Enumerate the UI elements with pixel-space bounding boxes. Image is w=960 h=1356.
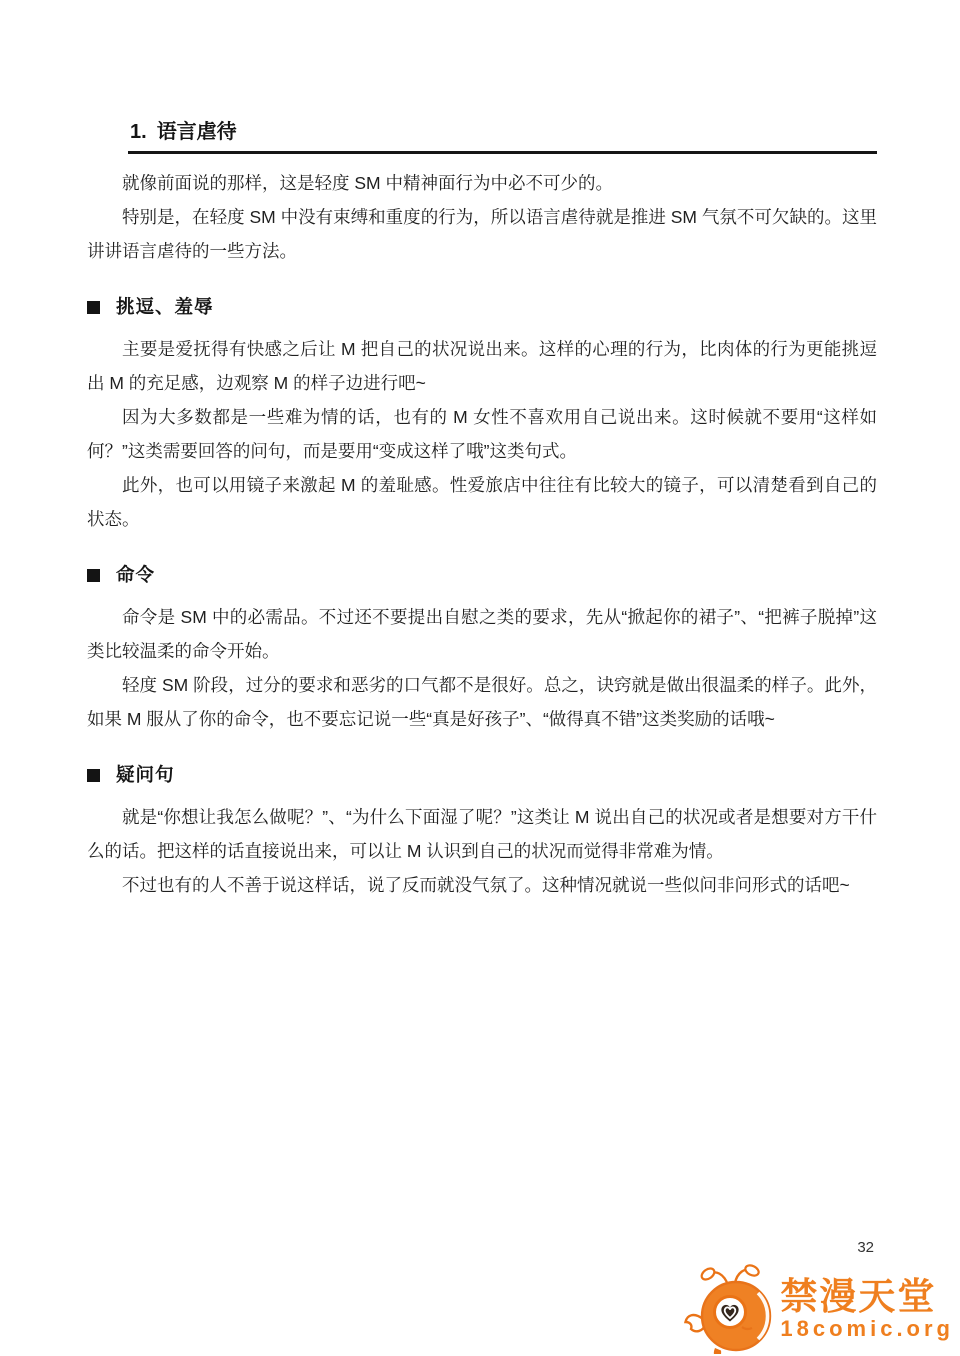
paragraph: 特别是，在轻度 SM 中没有束缚和重度的行为，所以语言虐待就是推进 SM 气氛不…	[87, 200, 877, 268]
paragraph: 不过也有的人不善于说这样话，说了反而就没气氛了。这种情况就说一些似问非问形式的话…	[87, 868, 877, 902]
section-commands: 命令 命令是 SM 中的必需品。不过还不要提出自慰之类的要求，先从“掀起你的裙子…	[87, 563, 877, 736]
watermark-brand: 禁漫天堂	[780, 1278, 954, 1316]
black-square-bullet-icon	[87, 769, 100, 782]
paragraph: 轻度 SM 阶段，过分的要求和恶劣的口气都不是很好。总之，诀窍就是做出很温柔的样…	[87, 668, 877, 736]
paragraph: 因为大多数都是一些难为情的话，也有的 M 女性不喜欢用自己说出来。这时候就不要用…	[87, 400, 877, 468]
whale-mascot-icon	[684, 1264, 784, 1354]
section-teasing-humiliation: 挑逗、羞辱 主要是爱抚得有快感之后让 M 把自己的状况说出来。这样的心理的行为，…	[87, 295, 877, 536]
watermark-logo: 禁漫天堂 18comic.org	[684, 1264, 954, 1354]
paragraph: 命令是 SM 中的必需品。不过还不要提出自慰之类的要求，先从“掀起你的裙子”、“…	[87, 600, 877, 668]
section-heading: 命令	[87, 563, 877, 587]
document-page: 1.语言虐待 就像前面说的那样，这是轻度 SM 中精神面行为中必不可少的。 特别…	[0, 0, 960, 1356]
paragraph: 主要是爱抚得有快感之后让 M 把自己的状况说出来。这样的心理的行为，比肉体的行为…	[87, 332, 877, 400]
black-square-bullet-icon	[87, 301, 100, 314]
paragraph: 就像前面说的那样，这是轻度 SM 中精神面行为中必不可少的。	[87, 166, 877, 200]
page-number: 32	[857, 1239, 874, 1257]
watermark-text: 禁漫天堂 18comic.org	[780, 1278, 954, 1341]
paragraph: 就是“你想让我怎么做呢？”、“为什么下面湿了呢？”这类让 M 说出自己的状况或者…	[87, 800, 877, 868]
paragraph: 此外，也可以用镜子来激起 M 的羞耻感。性爱旅店中往往有比较大的镜子，可以清楚看…	[87, 468, 877, 536]
watermark-site: 18comic.org	[780, 1317, 954, 1341]
section-questions: 疑问句 就是“你想让我怎么做呢？”、“为什么下面湿了呢？”这类让 M 说出自己的…	[87, 763, 877, 902]
title-text: 语言虐待	[157, 121, 237, 143]
section-heading-label: 挑逗、羞辱	[116, 295, 214, 319]
section-heading: 挑逗、羞辱	[87, 295, 877, 319]
section-heading: 疑问句	[87, 763, 877, 787]
title-rule	[128, 151, 877, 154]
section-heading-label: 疑问句	[116, 763, 175, 787]
page-title: 1.语言虐待	[130, 0, 877, 144]
title-number: 1.	[130, 121, 147, 143]
section-heading-label: 命令	[116, 563, 155, 587]
section-intro: 就像前面说的那样，这是轻度 SM 中精神面行为中必不可少的。 特别是，在轻度 S…	[87, 166, 877, 268]
black-square-bullet-icon	[87, 569, 100, 582]
page-content: 1.语言虐待 就像前面说的那样，这是轻度 SM 中精神面行为中必不可少的。 特别…	[87, 0, 877, 902]
